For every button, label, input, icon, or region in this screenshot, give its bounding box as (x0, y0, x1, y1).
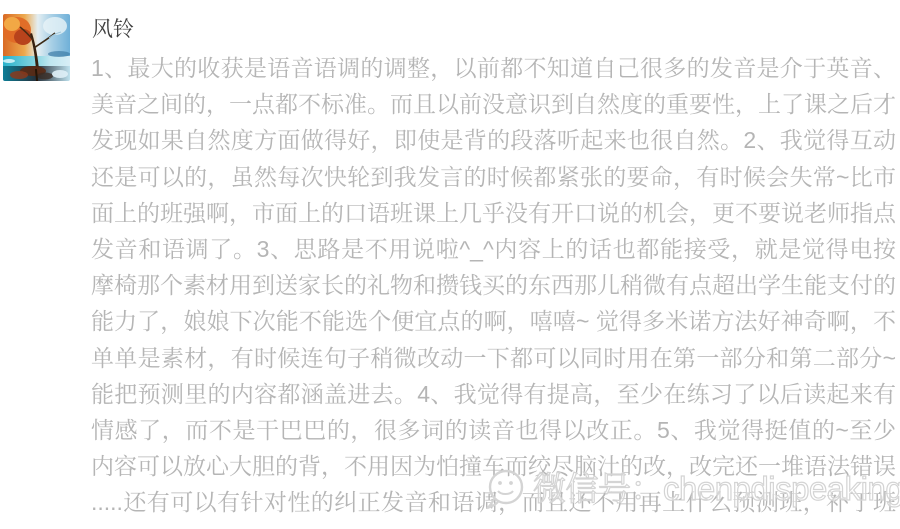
message-text: 1、最大的收获是语音语调的调整，以前都不知道自己很多的发音是介于英音、 美音之间… (91, 50, 896, 521)
avatar[interactable] (3, 14, 70, 81)
four-seasons-tree-avatar-image (3, 14, 70, 81)
username: 风铃 (92, 16, 134, 44)
